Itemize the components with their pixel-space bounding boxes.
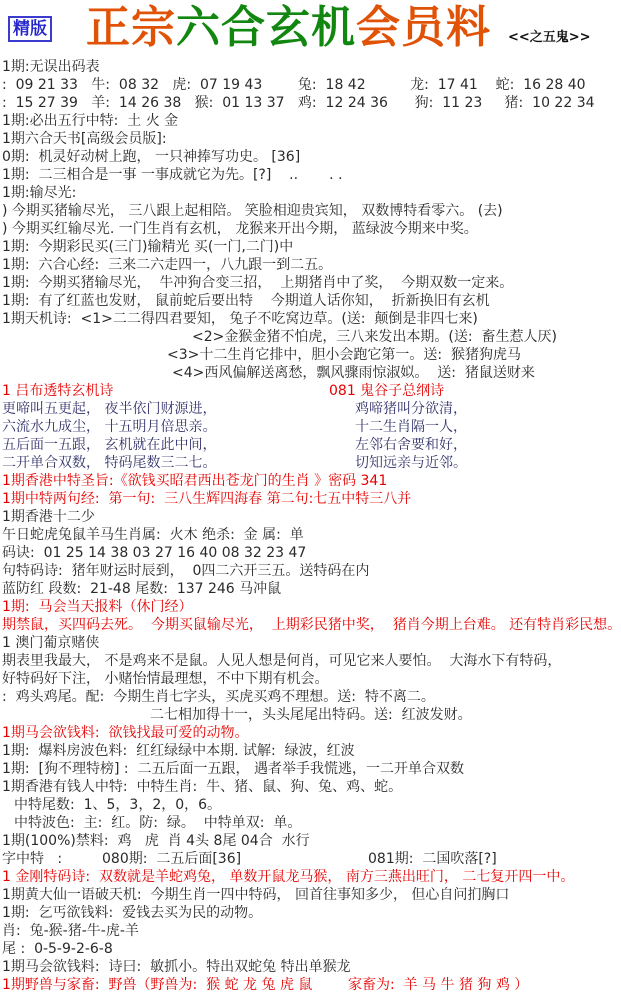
title-part-3: 会员料 [356, 2, 491, 53]
doc-line: 1期: 今期彩民买(三门)输精光 买(一门,二门)中 [2, 238, 621, 256]
doc-line: 码诀: 01 25 14 38 03 27 16 40 08 32 23 47 [2, 544, 621, 562]
doc-line: 1期马会欲钱料: 欲钱找最可爱的动物。 [2, 724, 621, 742]
doc-line: 六流水九成尘， 十五明月倍思亲。十二生肖隔一人， [2, 418, 621, 436]
doc-line: 1期天机诗: <1>二二得四君要知， 兔子不吃窝边草。(送: 颠倒是非四七来) [2, 310, 621, 328]
doc-line: 1期:输尽光: [2, 184, 621, 202]
poem-line-right: 鸡啼猪叫分欲清， [355, 400, 467, 418]
doc-line: 1 澳门葡京赌侠 [2, 634, 621, 652]
doc-line: 尾 : 0-5-9-2-6-8 [2, 940, 621, 958]
doc-line: : 鸡头鸡尾。配: 今期生肖七字头，买虎买鸡不理想。送: 特不离二。 [2, 688, 621, 706]
period-080-result: 080期: 二五后面[36] [102, 850, 241, 868]
page-title: 正宗六合玄机会员料 [86, 0, 491, 56]
doc-line: 句特码诗: 猪年财运时辰到， 0四二六开三五。送特码在内 [2, 562, 621, 580]
doc-line: 1期: 二三相合是一事 一事成就它为先。[?] .. . . [2, 166, 621, 184]
doc-line: 1期: 马会当天报料（休门经） [2, 598, 621, 616]
doc-line: ) 今期买红输尽光. 一门生肖有玄机， 龙猴来开出今期， 蓝绿波今期来中奖。 [2, 220, 621, 238]
poem-line-left: 六流水九成尘， 十五明月倍思亲。 [2, 419, 216, 435]
doc-line: 1期: 乞丐欲钱料: 爱钱去买为民的动物。 [2, 904, 621, 922]
doc-line: 1期香港十二少 [2, 508, 621, 526]
doc-line: <2>金猴金猪不怕虎，三八来发出本期。(送: 畜生惹人厌) [2, 328, 621, 346]
lottery-tips-sheet: 精版 正宗六合玄机会员料 <<之五鬼>> 1期:无误出码表 : 09 21 33… [0, 0, 621, 994]
doc-line: 中特波色: 主: 红。防: 绿。 中特单双: 单。 [2, 814, 621, 832]
doc-line: 好特码好下注， 小赌怡情最理想，不中下期有机会。 [2, 670, 621, 688]
doc-line: 更啼叫五更起， 夜半依门财源进，鸡啼猪叫分欲清， [2, 400, 621, 418]
doc-line: 1期野兽与家畜: 野兽（野兽为: 猴 蛇 龙 兔 虎 鼠 家畜为: 羊 马 牛 … [2, 976, 621, 994]
doc-line: 蓝防红 段数: 21-48 尾数: 137 246 马冲鼠 [2, 580, 621, 598]
doc-line: 1期(100%)禁料: 鸡 虎 肖 4头 8尾 04合 水行 [2, 832, 621, 850]
doc-line: ) 今期买猪输尽光， 三八跟上起相陪。 笑脸相迎贵宾知， 双数博特看零六。 (去… [2, 202, 621, 220]
doc-line: 1期:无误出码表 [2, 58, 621, 76]
doc-line: 1期:必出五行中特: 土 火 金 [2, 112, 621, 130]
doc-line: 1 金刚特码诗: 双数就是羊蛇鸡兔， 单数开鼠龙马猴， 南方三燕出旺门， 二七复… [2, 868, 621, 886]
doc-line: 五后面一五跟， 玄机就在此中间，左邻右舍要和好， [2, 436, 621, 454]
doc-line: 1期香港中特圣旨:《欲钱买昭君西出苍龙门的生肖 》密码 341 [2, 472, 621, 490]
poem-title-right: 081 鬼谷子总纲诗 [329, 382, 444, 400]
poem-line-right: 十二生肖隔一人， [355, 418, 467, 436]
doc-line: 1期香港有钱人中特: 中特生肖: 牛、猪、鼠、狗、兔、鸡、蛇。 [2, 778, 621, 796]
edition-tag: <<之五鬼>> [508, 26, 591, 45]
zichengte-label: 字中特 : [2, 851, 62, 867]
doc-line: 1期: 六合心经: 三来二六走四一，八九跟一到二五。 [2, 256, 621, 274]
doc-line: 二七相加得十一，头头尾尾出特码。送: 红波发财。 [2, 706, 621, 724]
doc-line: 1 吕布透特玄机诗081 鬼谷子总纲诗 [2, 382, 621, 400]
doc-line: 0期: 机灵好动树上跑， 一只神捧写功史。 [36] [2, 148, 621, 166]
doc-line: : 09 21 33 牛: 08 32 虎: 07 19 43 兔: 18 42… [2, 76, 621, 94]
doc-line: 1期: 爆料房波色料: 红红绿绿中本期. 试解: 绿波，红波 [2, 742, 621, 760]
poem-line-left: 二开单合双数， 特码尾数三二七。 [2, 455, 216, 471]
poem-line-right: 左邻右舍要和好， [355, 436, 467, 454]
edition-badge: 精版 [8, 16, 52, 42]
doc-line: 1期黄大仙一语破天机: 今期生肖一四中特码， 回首往事知多少， 但心自问扪胸口 [2, 886, 621, 904]
doc-line: 1期: [狗不理特榜] : 二五后面一五跟， 遇者举手我慌逃，一二开单合双数 [2, 760, 621, 778]
doc-line: 肖: 兔-猴-猪-牛-虎-羊 [2, 922, 621, 940]
doc-line: 1期: 今期买猪输尽光， 牛冲狗合变三招， 上期猪肖中了奖， 今期双数一定来。 [2, 274, 621, 292]
poem-line-left: 更啼叫五更起， 夜半依门财源进， [2, 401, 216, 417]
doc-line: 期表里我最大， 不是鸡来不是鼠。人见人想是何肖，可见它来人要怕。 大海水下有特码… [2, 652, 621, 670]
doc-line: <3>十二生肖它排中，胆小会跑它第一。送: 猴猪狗虎马 [2, 346, 621, 364]
poem-line-right: 切知远亲与近邻。 [355, 454, 467, 472]
doc-line: 1期: 有了红蓝也发财， 鼠前蛇后要出特 今期道人话你知， 折新换旧有玄机 [2, 292, 621, 310]
title-part-2: 六合玄机 [176, 2, 356, 53]
doc-line: 1期六合天书[高级会员版]: [2, 130, 621, 148]
poem-line-left: 五后面一五跟， 玄机就在此中间， [2, 437, 216, 453]
doc-line: 1期中特两句经: 第一句: 三八生辉四海春 第二句:七五中特三八并 [2, 490, 621, 508]
doc-line: 期禁鼠，买四码去死。 今期买鼠输尽光， 上期彩民猪中奖， 猪肖今期上台难。 还有… [2, 616, 621, 634]
poem-title-left: 1 吕布透特玄机诗 [2, 383, 113, 399]
period-081-result: 081期: 二国吹落[?] [368, 850, 497, 868]
doc-line: 二开单合双数， 特码尾数三二七。切知远亲与近邻。 [2, 454, 621, 472]
doc-line: 中特尾数: 1、5，3，2，0，6。 [2, 796, 621, 814]
doc-line: : 15 27 39 羊: 14 26 38 猴: 01 13 37 鸡: 12… [2, 94, 621, 112]
doc-line: <4>西风偏解送离愁，飘风骤雨惊淑姒。 送: 猪鼠送财来 [2, 364, 621, 382]
sheet-header: 精版 正宗六合玄机会员料 <<之五鬼>> [0, 0, 621, 58]
title-part-1: 正宗 [86, 2, 176, 53]
doc-line: 字中特 :080期: 二五后面[36]081期: 二国吹落[?] [2, 850, 621, 868]
doc-line: 1期马会欲钱料: 诗曰: 敏抓小。特出双蛇兔 特出单猴龙 [2, 958, 621, 976]
sheet-body: 1期:无误出码表 : 09 21 33 牛: 08 32 虎: 07 19 43… [0, 58, 621, 994]
doc-line: 午日蛇虎兔鼠羊马生肖属: 火木 绝杀: 金 属: 单 [2, 526, 621, 544]
